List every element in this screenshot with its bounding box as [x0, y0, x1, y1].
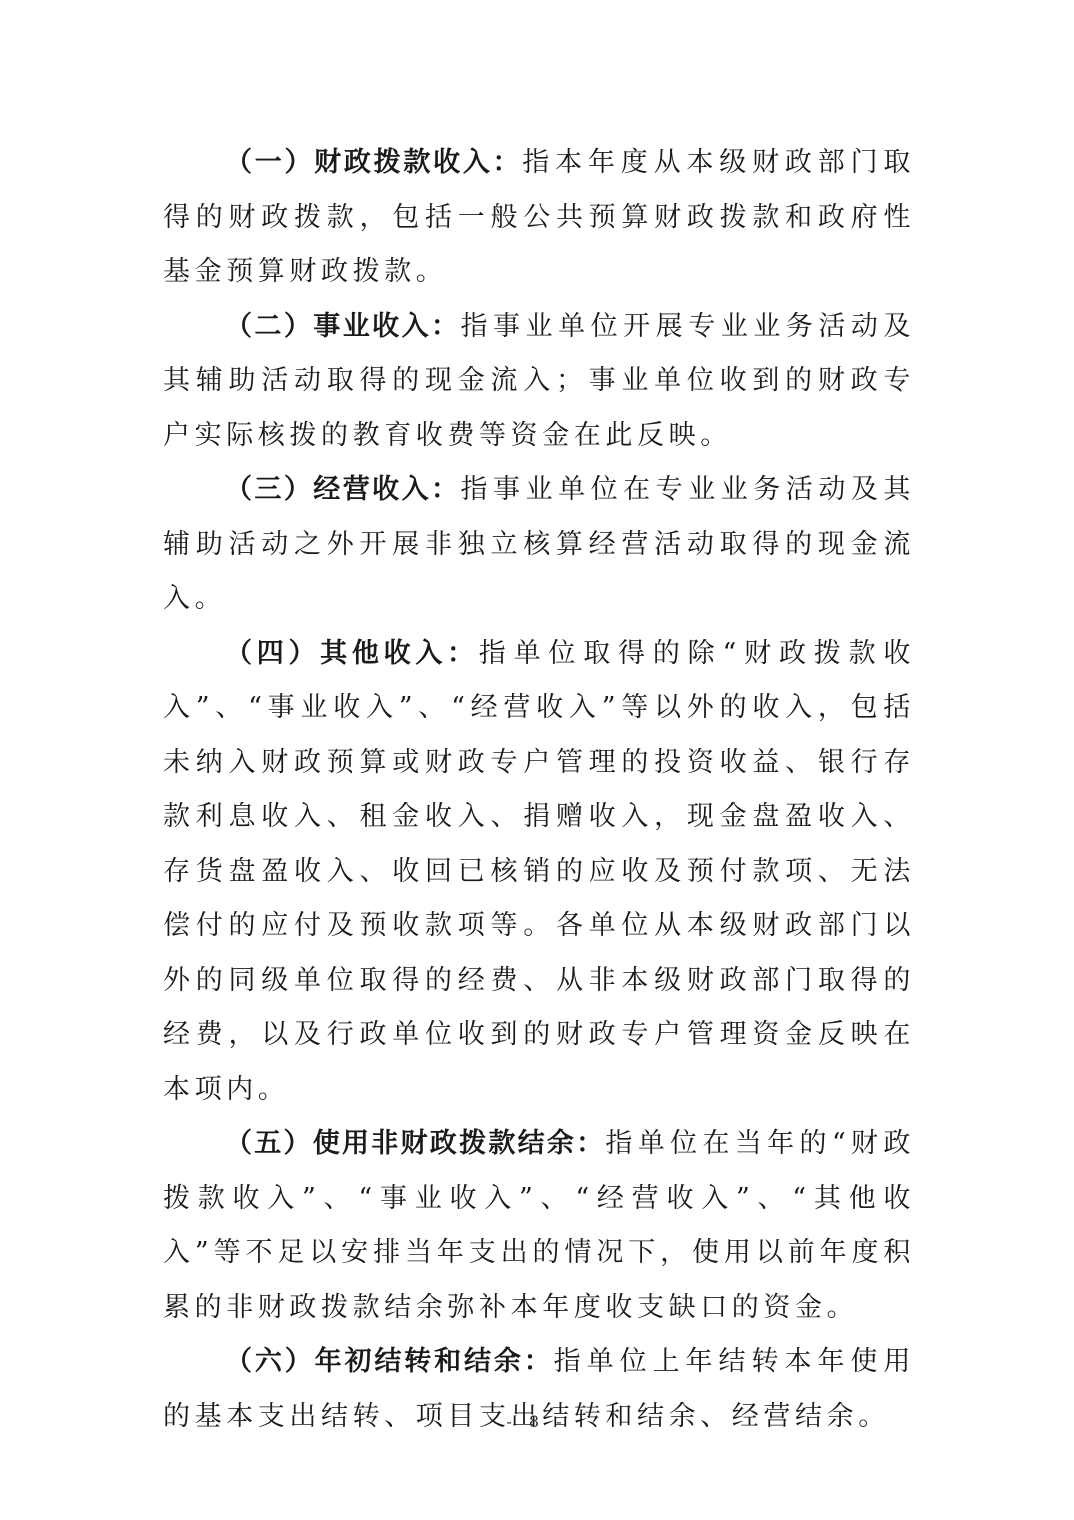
paragraph-other-income: （四）其他收入：指单位取得的除“财政拨款收入”、“事业收入”、“经营收入”等以外…	[163, 627, 915, 1118]
term-heading: （一）财政拨款收入：	[225, 147, 522, 178]
paragraph-business-income: （二）事业收入：指事业单位开展专业业务活动及其辅助活动取得的现金流入；事业单位收…	[163, 300, 915, 464]
page-number: - 8 -	[0, 1412, 1074, 1431]
paragraph-operating-income: （三）经营收入：指事业单位在专业业务活动及其辅助活动之外开展非独立核算经营活动取…	[163, 463, 915, 627]
paragraph-non-fiscal-surplus-use: （五）使用非财政拨款结余：指单位在当年的“财政拨款收入”、“事业收入”、“经营收…	[163, 1117, 915, 1335]
term-heading: （六）年初结转和结余：	[225, 1346, 554, 1377]
paragraph-fiscal-appropriation-income: （一）财政拨款收入：指本年度从本级财政部门取得的财政拨款，包括一般公共预算财政拨…	[163, 136, 915, 300]
term-definition: 指单位取得的除“财政拨款收入”、“事业收入”、“经营收入”等以外的收入，包括未纳…	[163, 638, 915, 1105]
term-heading: （二）事业收入：	[225, 311, 460, 342]
document-page: （一）财政拨款收入：指本年度从本级财政部门取得的财政拨款，包括一般公共预算财政拨…	[163, 136, 915, 1444]
term-heading: （三）经营收入：	[225, 474, 460, 505]
term-heading: （四）其他收入：	[225, 638, 479, 669]
term-heading: （五）使用非财政拨款结余：	[225, 1128, 605, 1159]
